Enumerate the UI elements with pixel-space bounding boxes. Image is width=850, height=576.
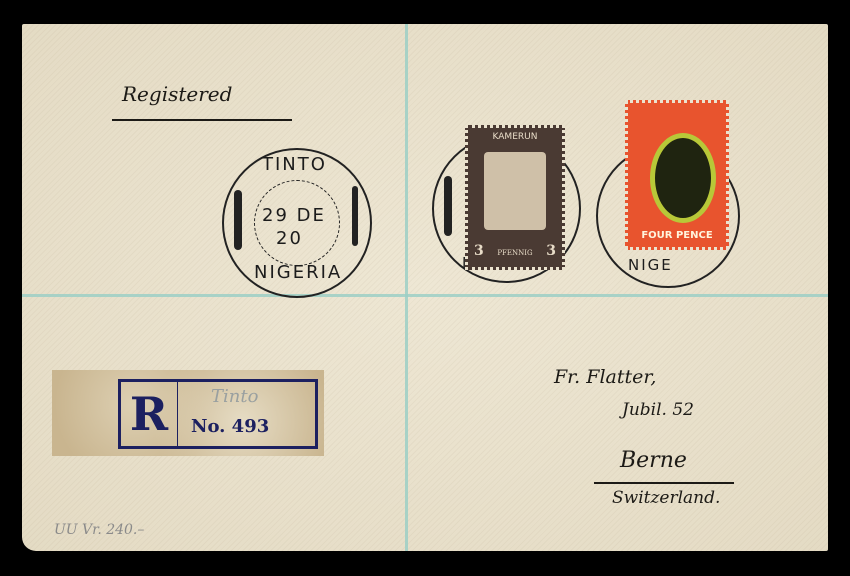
registration-label: R Tinto No. 493 [52,370,324,456]
registered-marking: Registered [122,82,232,106]
stamp-southern-nigeria: FOUR PENCE [625,100,729,250]
address-city: Berne [620,448,687,473]
address-name: Fr. Flatter, [554,366,656,388]
postmark-country: NIGERIA [254,262,342,283]
registration-number: No. 493 [191,416,269,437]
postmark-town: TINTO [262,154,327,175]
postmark-date: 29 DE [262,205,326,226]
pencil-note: UU Vr. 240.– [54,522,144,538]
registration-letter: R [121,382,178,446]
address-country: Switzerland. [612,488,720,508]
postmark-year: 20 [276,228,303,249]
postmark-tinto: TINTO 29 DE 20 NIGERIA [222,148,372,298]
underline [112,119,292,121]
stamp-kamerun: KAMERUN 3 3 PFENNIG [465,125,518,271]
registration-line-horizontal [22,294,828,297]
city-underline [594,482,734,484]
envelope: Registered TINTO 29 DE 20 NIGERIA NIGERI… [22,24,828,551]
address-street: Jubil. 52 [622,400,694,420]
registration-line-vertical [405,24,408,551]
